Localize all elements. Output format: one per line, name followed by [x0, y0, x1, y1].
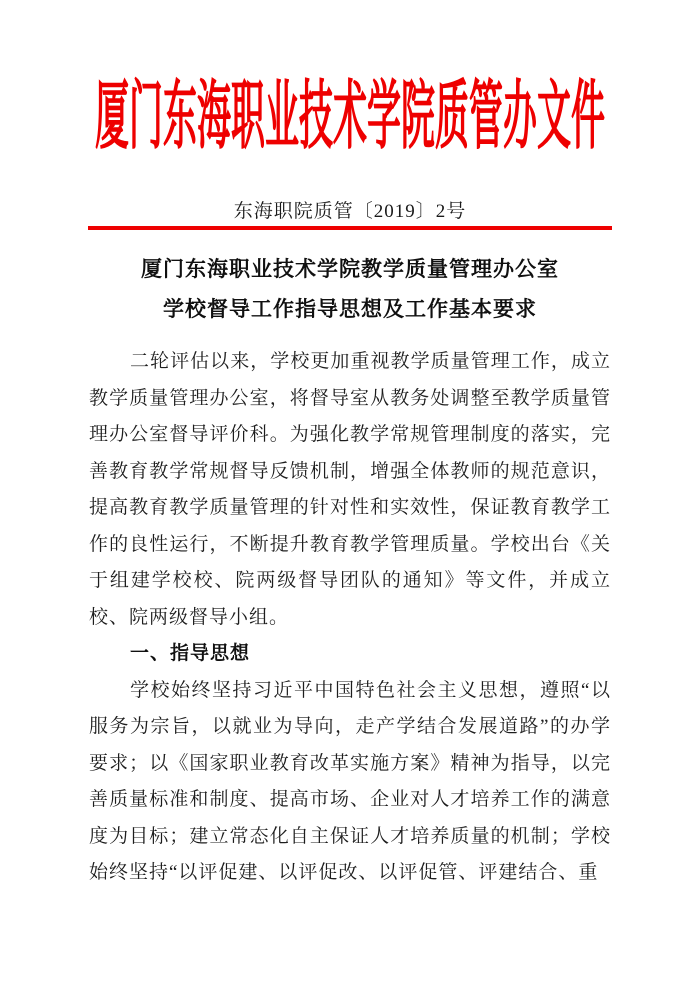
doc-title-line-1: 厦门东海职业技术学院教学质量管理办公室	[0, 250, 700, 290]
banner-title: 厦门东海职业技术学院质管办文件	[95, 82, 605, 157]
document-title: 厦门东海职业技术学院教学质量管理办公室 学校督导工作指导思想及工作基本要求	[0, 250, 700, 330]
doc-title-line-2: 学校督导工作指导思想及工作基本要求	[0, 290, 700, 330]
red-header-banner: 厦门东海职业技术学院质管办文件	[0, 82, 700, 116]
body-paragraph-2: 学校始终坚持习近平中国特色社会主义思想，遵照“以服务为宗旨，以就业为导向，走产学…	[89, 673, 611, 892]
red-separator-line	[88, 226, 612, 230]
document-page: 厦门东海职业技术学院质管办文件 东海职院质管〔2019〕2号 厦门东海职业技术学…	[0, 0, 700, 990]
document-body: 二轮评估以来，学校更加重视教学质量管理工作，成立教学质量管理办公室，将督导室从教…	[89, 344, 611, 892]
section-1-heading: 一、指导思想	[89, 636, 611, 673]
body-paragraph-1: 二轮评估以来，学校更加重视教学质量管理工作，成立教学质量管理办公室，将督导室从教…	[89, 344, 611, 636]
document-number: 东海职院质管〔2019〕2号	[0, 196, 700, 223]
